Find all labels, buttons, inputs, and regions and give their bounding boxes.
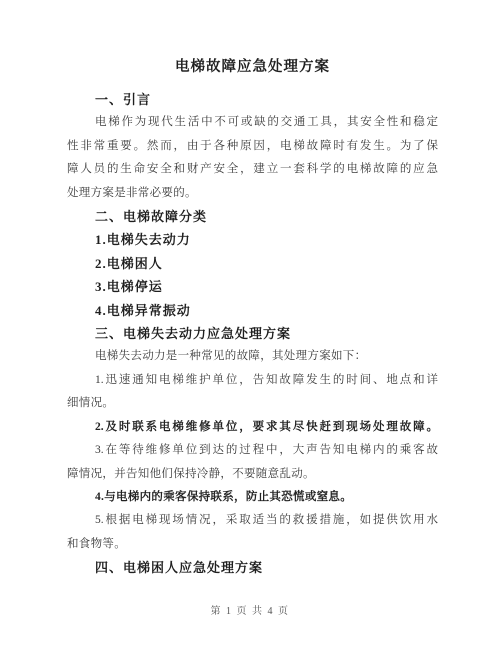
text-line: 细情况。 xyxy=(67,392,438,415)
heading-line: 一、引言 xyxy=(67,88,438,111)
text-line: 电梯失去动力是一种常见的故障，其处理方案如下： xyxy=(67,345,438,368)
list-item-line: 4.电梯异常振动 xyxy=(67,299,438,322)
list-item-line: 1.电梯失去动力 xyxy=(67,228,438,251)
list-item-line: 3.电梯停运 xyxy=(67,275,438,298)
document-content: 电梯故障应急处理方案 一、引言电梯作为现代生活中不可或缺的交通工具，其安全性和稳… xyxy=(67,55,438,580)
document-body: 一、引言电梯作为现代生活中不可或缺的交通工具，其安全性和稳定性非常重要。然而，由… xyxy=(67,88,438,580)
heading-line: 三、电梯失去动力应急处理方案 xyxy=(67,322,438,345)
text-line: 5.根据电梯现场情况，采取适当的救援措施，如提供饮用水 xyxy=(67,509,438,532)
heading-line: 二、电梯故障分类 xyxy=(67,205,438,228)
document-page: 电梯故障应急处理方案 一、引言电梯作为现代生活中不可或缺的交通工具，其安全性和稳… xyxy=(0,0,500,647)
text-line: 障人员的生命安全和财产安全，建立一套科学的电梯故障的应急 xyxy=(67,158,438,181)
text-line: 3.在等待维修单位到达的过程中，大声告知电梯内的乘客故 xyxy=(67,439,438,462)
heading-line: 四、电梯困人应急处理方案 xyxy=(67,556,438,579)
text-line: 障情况，并告知他们保持冷静，不要随意乱动。 xyxy=(67,463,438,486)
text-line: 处理方案是非常必要的。 xyxy=(67,182,438,205)
text-line: 和食物等。 xyxy=(67,533,438,556)
page-footer: 第 1 页 共 4 页 xyxy=(0,602,500,617)
text-line: 性非常重要。然而，由于各种原因，电梯故障时有发生。为了保 xyxy=(67,135,438,158)
list-item-line: 2.电梯困人 xyxy=(67,252,438,275)
page-number-label: 第 1 页 共 4 页 xyxy=(211,606,290,617)
document-title: 电梯故障应急处理方案 xyxy=(67,55,438,79)
text-line: 4.与电梯内的乘客保持联系，防止其恐慌或窒息。 xyxy=(67,486,438,509)
text-line: 2.及时联系电梯维修单位，要求其尽快赶到现场处理故障。 xyxy=(67,416,438,439)
text-line: 电梯作为现代生活中不可或缺的交通工具，其安全性和稳定 xyxy=(67,111,438,134)
text-line: 1.迅速通知电梯维护单位，告知故障发生的时间、地点和详 xyxy=(67,369,438,392)
